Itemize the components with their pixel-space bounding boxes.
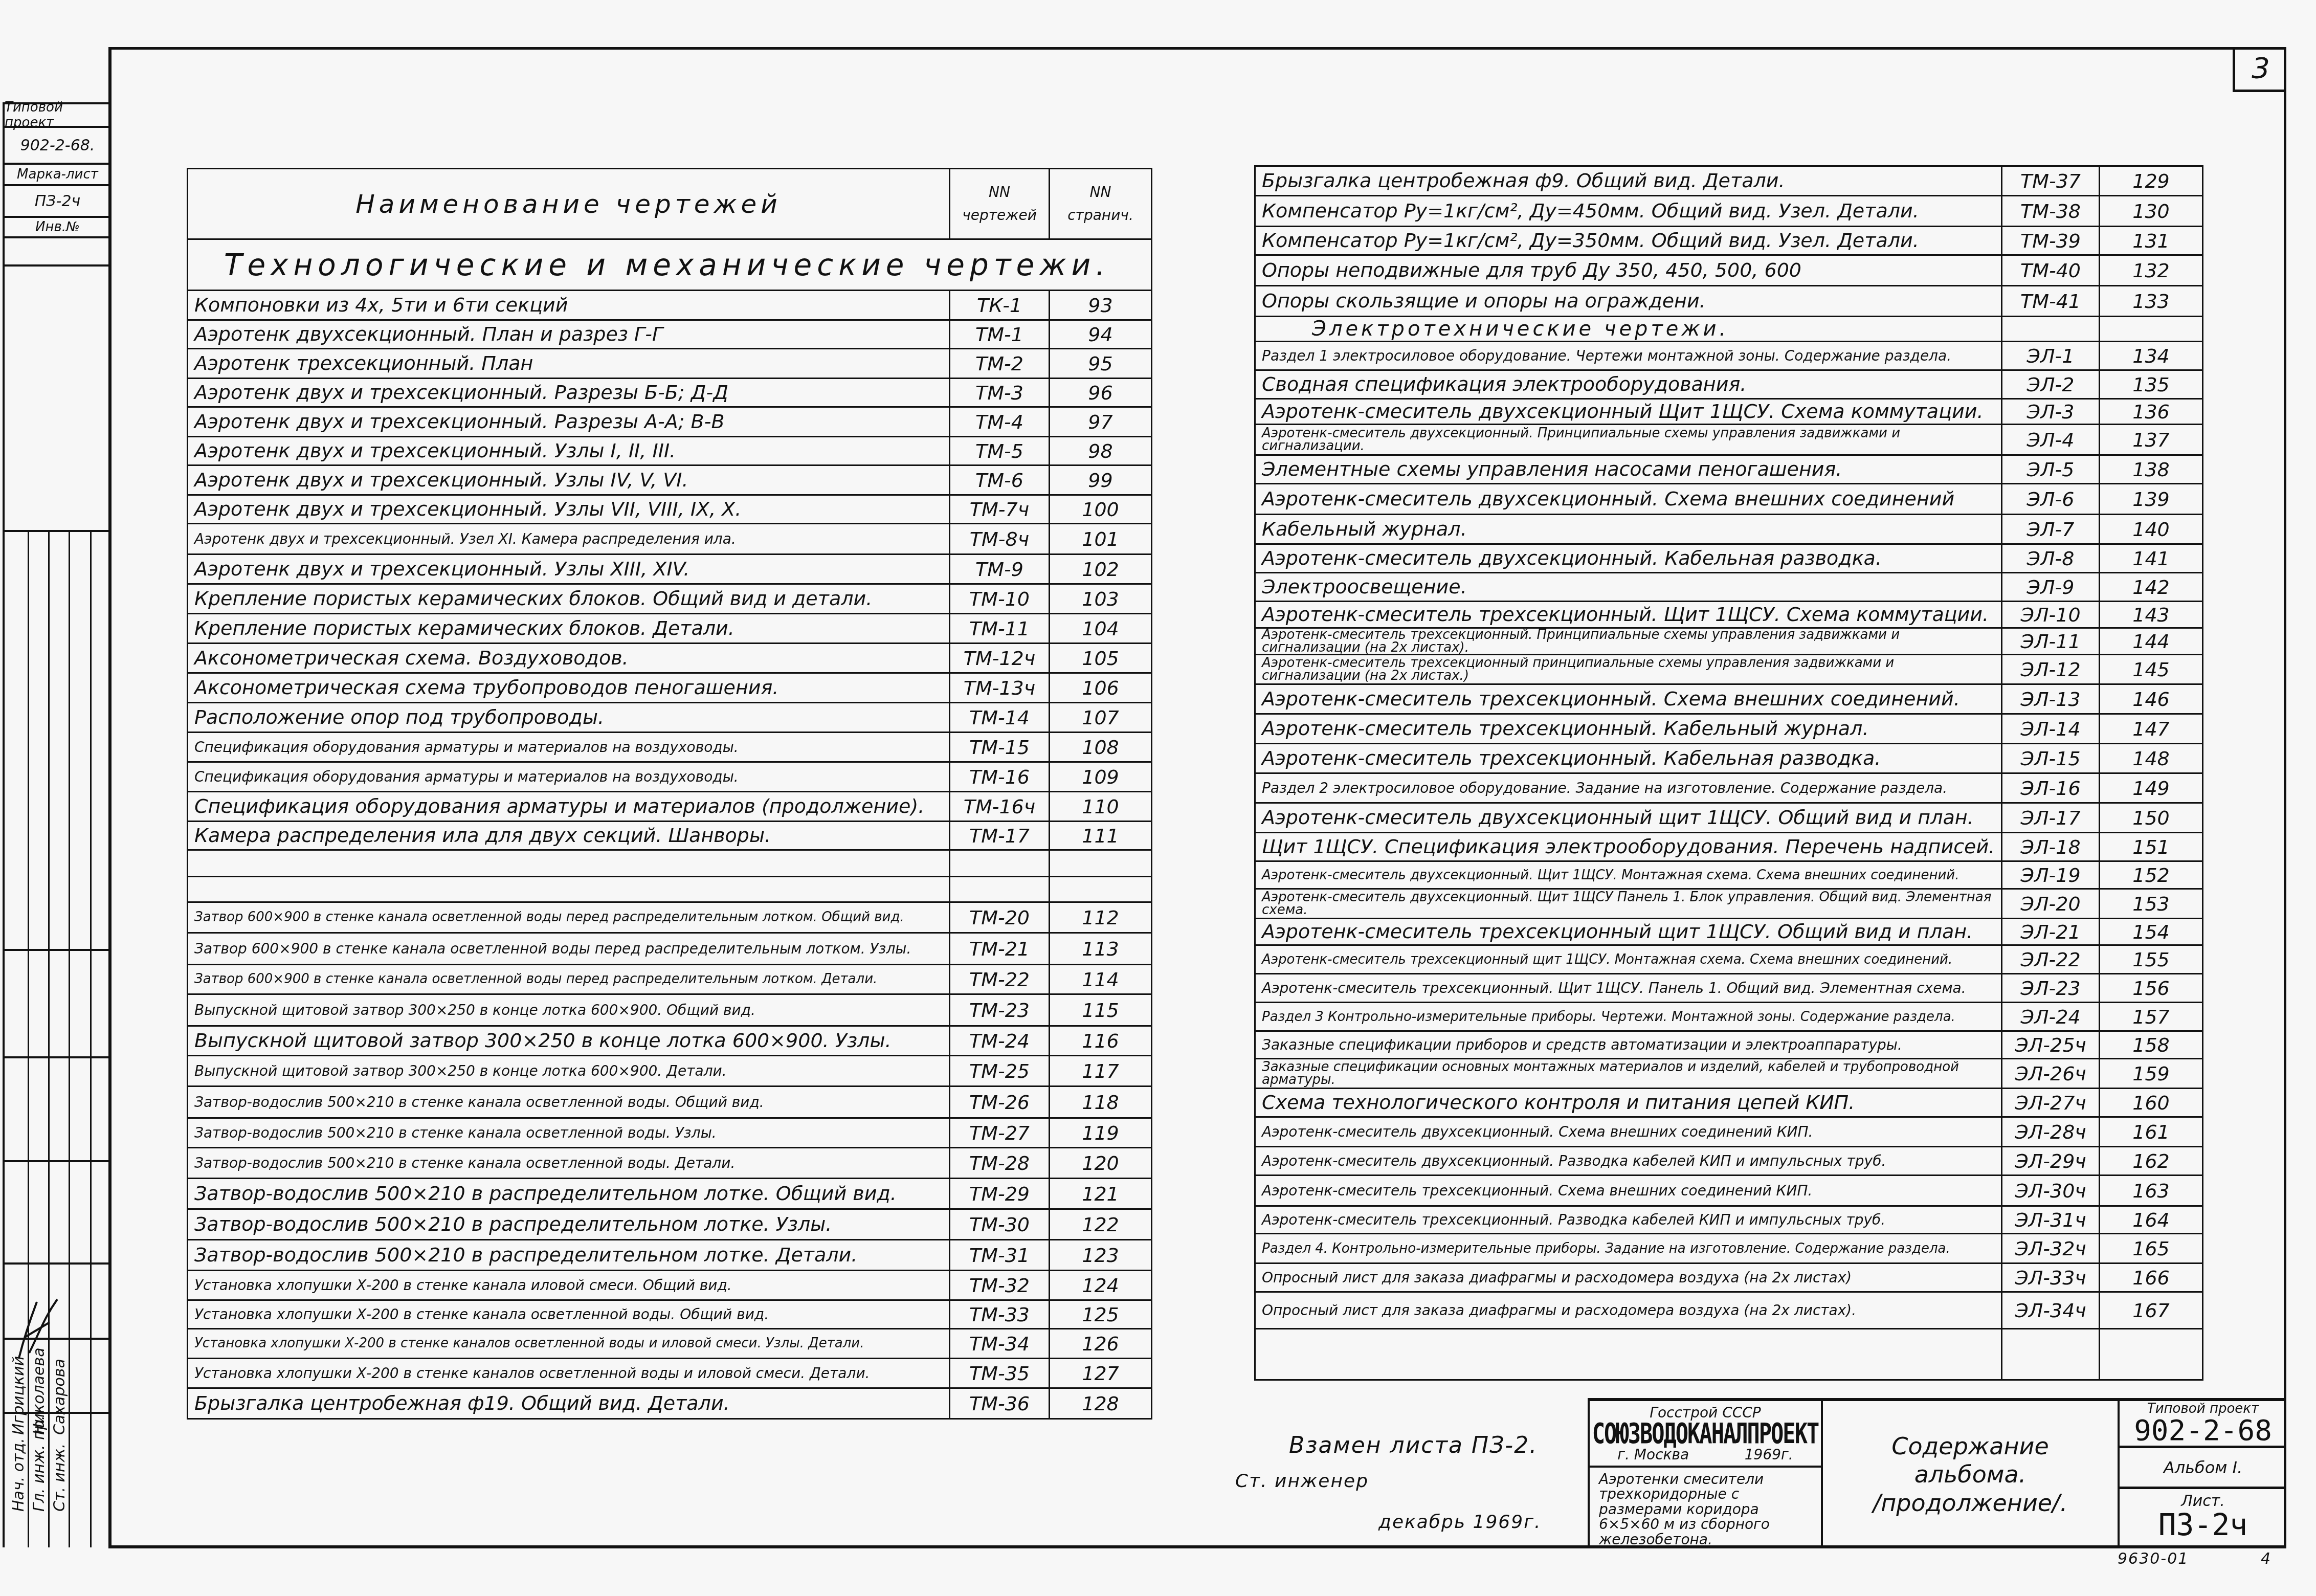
page-number: 155 <box>2100 945 2203 974</box>
drawing-name: Брызгалка центробежная ф19. Общий вид. Д… <box>188 1388 950 1419</box>
toc-table-right: Брызгалка центробежная ф9. Общий вид. Де… <box>1254 165 2203 1381</box>
drawing-code: ТМ-13ч <box>950 673 1050 703</box>
drawing-name: Заказные спецификации приборов и средств… <box>1255 1031 2002 1059</box>
drawing-code: ТМ-15 <box>950 733 1050 762</box>
table-row: Спецификация оборудования арматуры и мат… <box>188 792 1152 822</box>
table-row: Аэротенк двух и трехсекционный. Узлы XII… <box>188 555 1152 584</box>
drawing-code: ТМ-10 <box>950 584 1050 614</box>
drawing-name: Опоры скользящие и опоры на ограждени. <box>1255 286 2002 317</box>
drawing-name: Установка хлопушки Х-200 в стенке канала… <box>188 1300 950 1329</box>
table-row: Аэротенк-смеситель трехсекционный принци… <box>1255 655 2203 684</box>
right-table-body: Раздел 1 электросиловое оборудование. Че… <box>1255 342 2203 1380</box>
drawing-code: ЭЛ-13 <box>2002 684 2100 714</box>
drawing-code: ТМ-16 <box>950 762 1050 792</box>
drawing-name <box>188 877 950 902</box>
strip-line <box>5 949 110 951</box>
drawing-code: ЭЛ-31ч <box>2002 1206 2100 1234</box>
page-number: 121 <box>1050 1179 1152 1209</box>
strip-divider <box>90 532 92 1547</box>
name-senior-engineer: Сахарова <box>51 1359 69 1435</box>
table-row: Спецификация оборудования арматуры и мат… <box>188 733 1152 762</box>
drawing-code: ЭЛ-2 <box>2002 370 2100 399</box>
page-number: 117 <box>1050 1056 1152 1087</box>
drawing-code: ЭЛ-10 <box>2002 602 2100 628</box>
drawing-code: ТМ-34 <box>950 1329 1050 1359</box>
drawing-code: ЭЛ-29ч <box>2002 1147 2100 1176</box>
drawing-name: Аэротенк-смеситель трехсекционный. Щит 1… <box>1255 602 2002 628</box>
table-row: Раздел 1 электросиловое оборудование. Че… <box>1255 342 2203 370</box>
page-number: 102 <box>1050 555 1152 584</box>
page-number: 116 <box>1050 1026 1152 1056</box>
left-table-body: Компоновки из 4х, 5ти и 6ти секцийТК-193… <box>188 291 1152 1419</box>
drawing-name: Аэротенк-смеситель двухсекционный. Щит 1… <box>1255 889 2002 919</box>
table-row: Затвор-водослив 500×210 в распределитель… <box>188 1240 1152 1271</box>
strip-divider <box>28 532 29 1547</box>
page-number: 150 <box>2100 803 2203 833</box>
drawing-code: ЭЛ-4 <box>2002 425 2100 455</box>
drawing-name: Аэротенк двух и трехсекционный. Узлы VII… <box>188 495 950 524</box>
drawing-name: Спецификация оборудования арматуры и мат… <box>188 762 950 792</box>
drawing-code: ТК-1 <box>950 291 1050 320</box>
drawing-name: Аксонометрическая схема трубопроводов пе… <box>188 673 950 703</box>
drawing-name: Раздел 4. Контрольно-измерительные прибо… <box>1255 1234 2002 1263</box>
sheet-code: ПЗ-2ч <box>2120 1510 2286 1540</box>
table-row: Затвор-водослив 500×210 в стенке канала … <box>188 1118 1152 1148</box>
drawing-name: Затвор-водослив 500×210 в стенке канала … <box>188 1087 950 1118</box>
page-number: 134 <box>2100 342 2203 370</box>
drawing-code: ТМ-17 <box>950 822 1050 850</box>
page-number: 109 <box>1050 762 1152 792</box>
drawing-name: Затвор-водослив 500×210 в распределитель… <box>188 1179 950 1209</box>
empty-cell <box>2002 317 2100 342</box>
page-number: 96 <box>1050 379 1152 407</box>
page-number: 122 <box>1050 1209 1152 1240</box>
drawing-code: ТМ-35 <box>950 1359 1050 1388</box>
drawing-code: ТМ-22 <box>950 965 1050 994</box>
table-row: Аэротенк-смеситель трехсекционный щит 1Щ… <box>1255 919 2203 945</box>
drawing-code: ТМ-40 <box>2002 255 2100 286</box>
page-number: 148 <box>2100 744 2203 773</box>
header-code-line2: чертежей <box>950 204 1049 227</box>
drawing-code: ЭЛ-15 <box>2002 744 2100 773</box>
right-table-body-top: Брызгалка центробежная ф9. Общий вид. Де… <box>1255 166 2203 317</box>
drawing-name: Спецификация оборудования арматуры и мат… <box>188 792 950 822</box>
table-row: Аэротенк двух и трехсекционный. Узлы I, … <box>188 437 1152 465</box>
drawing-name: Компенсатор Ру=1кг/см², Ду=450мм. Общий … <box>1255 196 2002 227</box>
table-row: Опоры скользящие и опоры на ограждени.ТМ… <box>1255 286 2203 317</box>
drawing-code: ТМ-8ч <box>950 524 1050 555</box>
table-row: Затвор-водослив 500×210 в распределитель… <box>188 1179 1152 1209</box>
table-row: Аэротенк двух и трехсекционный. Разрезы … <box>188 379 1152 407</box>
drawing-code: ТМ-21 <box>950 933 1050 965</box>
title-block-org: Госстрой СССР СОЮЗВОДОКАНАЛПРОЕКТ г. Мос… <box>1588 1401 1823 1468</box>
table-row: Опросный лист для заказа диафрагмы и рас… <box>1255 1292 2203 1329</box>
drawing-name: Щит 1ЩСУ. Спецификация электрооборудован… <box>1255 833 2002 861</box>
strip-mark-sheet-value: ПЗ-2ч <box>5 186 110 218</box>
drawing-name: Аэротенк-смеситель трехсекционный. Схема… <box>1255 684 2002 714</box>
table-row: Аэротенк двухсекционный. План и разрез Г… <box>188 320 1152 349</box>
page-number: 120 <box>1050 1148 1152 1179</box>
drawing-code: ТМ-2 <box>950 349 1050 379</box>
table-row: Заказные спецификации приборов и средств… <box>1255 1031 2203 1059</box>
table-row: Затвор-водослив 500×210 в стенке канала … <box>188 1148 1152 1179</box>
drawing-code: ТМ-4 <box>950 407 1050 437</box>
drawing-code: ТМ-9 <box>950 555 1050 584</box>
drawing-name: Опросный лист для заказа диафрагмы и рас… <box>1255 1292 2002 1329</box>
drawing-code: ЭЛ-21 <box>2002 919 2100 945</box>
page-number: 135 <box>2100 370 2203 399</box>
page-number: 131 <box>2100 227 2203 255</box>
page-number: 98 <box>1050 437 1152 465</box>
table-row <box>1255 1329 2203 1380</box>
archive-page: 4 <box>2261 1550 2272 1568</box>
page-number: 125 <box>1050 1300 1152 1329</box>
object-description: Аэротенки смесители трехкоридорные с раз… <box>1588 1468 1823 1548</box>
page-number: 166 <box>2100 1263 2203 1292</box>
page-number: 163 <box>2100 1176 2203 1206</box>
archive-number: 9630-01 <box>2118 1550 2189 1568</box>
drawing-name: Затвор 600×900 в стенке канала осветленн… <box>188 902 950 933</box>
page-number: 151 <box>2100 833 2203 861</box>
drawing-name: Аэротенк-смеситель двухсекционный. Принц… <box>1255 425 2002 455</box>
drawing-code: ТМ-28 <box>950 1148 1050 1179</box>
drawing-name: Аэротенк-смеситель трехсекционный. Кабел… <box>1255 744 2002 773</box>
page-number: 152 <box>2100 861 2203 889</box>
drawing-code: ТМ-7ч <box>950 495 1050 524</box>
table-row: Аэротенк двух и трехсекционный. Узел XI.… <box>188 524 1152 555</box>
page-number: 159 <box>2100 1059 2203 1089</box>
drawing-name: Опоры неподвижные для труб Ду 350, 450, … <box>1255 255 2002 286</box>
page-number: 144 <box>2100 628 2203 655</box>
sheet-title-line3: /продолжение/. <box>1823 1489 2118 1517</box>
drawing-name: Выпускной щитовой затвор 300×250 в конце… <box>188 1056 950 1087</box>
drawing-code: ЭЛ-33ч <box>2002 1263 2100 1292</box>
replaces-note: Взамен листа ПЗ-2. <box>1289 1432 1538 1458</box>
strip-mark-sheet-label: Марка-лист <box>5 165 110 186</box>
drawing-name: Кабельный журнал. <box>1255 515 2002 544</box>
drawing-name: Аэротенк-смеситель двухсекционный. Схема… <box>1255 484 2002 515</box>
engineer-note: Ст. инженер <box>1235 1471 1369 1492</box>
strip-divider <box>48 532 50 1547</box>
page-number: 123 <box>1050 1240 1152 1271</box>
strip-typical-project-value: 902-2-68. <box>5 128 110 165</box>
drawing-code: ТМ-36 <box>950 1388 1050 1419</box>
drawing-name: Аэротенк двух и трехсекционный. Узел XI.… <box>188 524 950 555</box>
table-row: Аэротенк-смеситель двухсекционный Щит 1Щ… <box>1255 399 2203 425</box>
page-number: 114 <box>1050 965 1152 994</box>
drawing-name: Элементные схемы управления насосами пен… <box>1255 455 2002 484</box>
table-row: Элементные схемы управления насосами пен… <box>1255 455 2203 484</box>
table-row: Аэротенк-смеситель трехсекционный. Кабел… <box>1255 744 2203 773</box>
drawing-code: ЭЛ-5 <box>2002 455 2100 484</box>
page-number: 115 <box>1050 994 1152 1026</box>
signature-icon <box>9 1292 65 1363</box>
drawing-name: Аэротенк трехсекционный. План <box>188 349 950 379</box>
drawing-name: Брызгалка центробежная ф9. Общий вид. Де… <box>1255 166 2002 196</box>
header-name: Наименование чертежей <box>188 169 950 239</box>
drawing-code: ТМ-27 <box>950 1118 1050 1148</box>
table-row: Аэротенк-смеситель трехсекционный. Кабел… <box>1255 714 2203 744</box>
drawing-name: Заказные спецификации основных монтажных… <box>1255 1059 2002 1089</box>
drawing-name: Аэротенк-смеситель двухсекционный. Схема… <box>1255 1117 2002 1147</box>
section-row: Электротехнические чертежи. <box>1255 317 2203 342</box>
table-row: Сводная спецификация электрооборудования… <box>1255 370 2203 399</box>
drawing-name: Сводная спецификация электрооборудования… <box>1255 370 2002 399</box>
drawing-code: ЭЛ-25ч <box>2002 1031 2100 1059</box>
page-number: 97 <box>1050 407 1152 437</box>
drawing-code: ТМ-32 <box>950 1271 1050 1300</box>
drawing-name <box>1255 1329 2002 1380</box>
page-number: 164 <box>2100 1206 2203 1234</box>
page-number: 106 <box>1050 673 1152 703</box>
page-number: 149 <box>2100 773 2203 803</box>
title-block: Госстрой СССР СОЮЗВОДОКАНАЛПРОЕКТ г. Мос… <box>1588 1398 2286 1548</box>
organization: СОЮЗВОДОКАНАЛПРОЕКТ <box>1590 1417 1821 1450</box>
table-row: Установка хлопушки Х-200 в стенке канала… <box>188 1271 1152 1300</box>
drawing-name: Электроосвещение. <box>1255 573 2002 602</box>
page-number: 130 <box>2100 196 2203 227</box>
drawing-code: ТМ-16ч <box>950 792 1050 822</box>
drawing-name: Затвор 600×900 в стенке канала осветленн… <box>188 933 950 965</box>
table-row: Аэротенк-смеситель трехсекционный. Щит 1… <box>1255 974 2203 1003</box>
role-head-dept: Нач. отд. <box>10 1438 28 1512</box>
table-row: Затвор 600×900 в стенке канала осветленн… <box>188 933 1152 965</box>
drawing-code <box>2002 1329 2100 1380</box>
drawing-name: Аэротенк-смеситель двухсекционный. Кабел… <box>1255 544 2002 573</box>
table-row: Компенсатор Ру=1кг/см², Ду=450мм. Общий … <box>1255 196 2203 227</box>
drawing-code: ЭЛ-24 <box>2002 1003 2100 1031</box>
strip-typical-project-label: Типовой проект <box>5 102 110 128</box>
drawing-code: ТМ-39 <box>2002 227 2100 255</box>
table-row: Компенсатор Ру=1кг/см², Ду=350мм. Общий … <box>1255 227 2203 255</box>
drawing-name: Расположение опор под трубопроводы. <box>188 703 950 733</box>
typical-project-cell: Типовой проект 902-2-68 <box>2120 1401 2286 1448</box>
table-row: Аэротенк-смеситель двухсекционный. Принц… <box>1255 425 2203 455</box>
drawing-name: Установка хлопушки Х-200 в стенке канало… <box>188 1329 950 1359</box>
drawing-name: Аэротенк-смеситель трехсекционный. Принц… <box>1255 628 2002 655</box>
page-number: 167 <box>2100 1292 2203 1329</box>
drawing-code: ТМ-6 <box>950 465 1050 495</box>
drawing-code: ТМ-12ч <box>950 644 1050 673</box>
table-header-row: Наименование чертежей NN чертежей NN стр… <box>188 169 1152 239</box>
drawing-name: Аэротенк-смеситель двухсекционный Щит 1Щ… <box>1255 399 2002 425</box>
drawing-code: ТМ-25 <box>950 1056 1050 1087</box>
strip-line <box>5 1262 110 1265</box>
page-number: 137 <box>2100 425 2203 455</box>
page-number: 156 <box>2100 974 2203 1003</box>
page-number: 143 <box>2100 602 2203 628</box>
strip-divider <box>69 532 70 1547</box>
date-note: декабрь 1969г. <box>1378 1512 1542 1533</box>
page-number: 110 <box>1050 792 1152 822</box>
drawing-code: ЭЛ-23 <box>2002 974 2100 1003</box>
header-code-line1: NN <box>950 181 1049 204</box>
drawing-name: Затвор-водослив 500×210 в стенке канала … <box>188 1118 950 1148</box>
drawing-code: ЭЛ-19 <box>2002 861 2100 889</box>
drawing-code: ТМ-29 <box>950 1179 1050 1209</box>
drawing-name: Аэротенк-смеситель трехсекционный. Кабел… <box>1255 714 2002 744</box>
table-row: Аксонометрическая схема трубопроводов пе… <box>188 673 1152 703</box>
drawing-name: Выпускной щитовой затвор 300×250 в конце… <box>188 994 950 1026</box>
drawing-name: Раздел 2 электросиловое оборудование. За… <box>1255 773 2002 803</box>
empty-cell <box>2100 317 2203 342</box>
binding-strip: Типовой проект 902-2-68. Марка-лист ПЗ-2… <box>3 102 108 1547</box>
drawing-name: Компенсатор Ру=1кг/см², Ду=350мм. Общий … <box>1255 227 2002 255</box>
drawing-code: ТМ-3 <box>950 379 1050 407</box>
table-row: Щит 1ЩСУ. Спецификация электрооборудован… <box>1255 833 2203 861</box>
table-row: Расположение опор под трубопроводы.ТМ-14… <box>188 703 1152 733</box>
drawing-name: Установка хлопушки Х-200 в стенке канала… <box>188 1271 950 1300</box>
table-row: Аэротенк трехсекционный. ПланТМ-295 <box>188 349 1152 379</box>
drawing-code: ЭЛ-7 <box>2002 515 2100 544</box>
table-row: Аэротенк-смеситель двухсекционный. Схема… <box>1255 484 2203 515</box>
table-row: Аэротенк двух и трехсекционный. Узлы VII… <box>188 495 1152 524</box>
drawing-name: Раздел 3 Контрольно-измерительные прибор… <box>1255 1003 2002 1031</box>
drawing-name: Аэротенк двух и трехсекционный. Разрезы … <box>188 407 950 437</box>
table-row: Камера распределения ила для двух секций… <box>188 822 1152 850</box>
strip-inv-label: Инв.№ <box>5 218 110 238</box>
sheet-cell: Лист. ПЗ-2ч <box>2120 1489 2286 1548</box>
table-row: Раздел 4. Контрольно-измерительные прибо… <box>1255 1234 2203 1263</box>
drawing-name: Крепление пористых керамических блоков. … <box>188 584 950 614</box>
page-number: 145 <box>2100 655 2203 684</box>
drawing-code: ЭЛ-14 <box>2002 714 2100 744</box>
table-row: Выпускной щитовой затвор 300×250 в конце… <box>188 1056 1152 1087</box>
page-number: 165 <box>2100 1234 2203 1263</box>
page-number: 132 <box>2100 255 2203 286</box>
page-number: 127 <box>1050 1359 1152 1388</box>
drawing-name: Аэротенк-смеситель двухсекционный. Разво… <box>1255 1147 2002 1176</box>
page-number: 136 <box>2100 399 2203 425</box>
drawing-name: Компоновки из 4х, 5ти и 6ти секций <box>188 291 950 320</box>
table-row: Спецификация оборудования арматуры и мат… <box>188 762 1152 792</box>
table-row: Опросный лист для заказа диафрагмы и рас… <box>1255 1263 2203 1292</box>
page-number: 100 <box>1050 495 1152 524</box>
page-number <box>1050 850 1152 877</box>
drawing-name: Выпускной щитовой затвор 300×250 в конце… <box>188 1026 950 1056</box>
page-number: 133 <box>2100 286 2203 317</box>
table-row: Затвор-водослив 500×210 в распределитель… <box>188 1209 1152 1240</box>
table-row: Аэротенк двух и трехсекционный. Разрезы … <box>188 407 1152 437</box>
sheet-title-line2: альбома. <box>1823 1460 2118 1489</box>
header-page-line2: странич. <box>1050 204 1151 227</box>
drawing-code: ЭЛ-30ч <box>2002 1176 2100 1206</box>
page-number: 160 <box>2100 1089 2203 1117</box>
drawing-code: ЭЛ-1 <box>2002 342 2100 370</box>
drawing-code: ТМ-38 <box>2002 196 2100 227</box>
page-number: 141 <box>2100 544 2203 573</box>
page-number: 103 <box>1050 584 1152 614</box>
page-number <box>1050 877 1152 902</box>
strip-line <box>5 1056 110 1058</box>
album: Альбом I. <box>2120 1448 2286 1489</box>
page-number: 158 <box>2100 1031 2203 1059</box>
page-number: 126 <box>1050 1329 1152 1359</box>
drawing-code <box>950 850 1050 877</box>
drawing-code: ТМ-37 <box>2002 166 2100 196</box>
table-row: Электроосвещение.ЭЛ-9142 <box>1255 573 2203 602</box>
drawing-code: ЭЛ-32ч <box>2002 1234 2100 1263</box>
drawing-name: Установка хлопушки Х-200 в стенке канало… <box>188 1359 950 1388</box>
drawing-code: ТМ-41 <box>2002 286 2100 317</box>
page-number: 147 <box>2100 714 2203 744</box>
page-number: 142 <box>2100 573 2203 602</box>
drawing-name: Аэротенк двух и трехсекционный. Узлы IV,… <box>188 465 950 495</box>
section-title-electrical: Электротехнические чертежи. <box>1255 317 2002 342</box>
drawing-name: Аэротенк-смеситель трехсекционный щит 1Щ… <box>1255 919 2002 945</box>
table-row: Брызгалка центробежная ф19. Общий вид. Д… <box>188 1388 1152 1419</box>
drawing-name: Аэротенк-смеситель трехсекционный щит 1Щ… <box>1255 945 2002 974</box>
drawing-name: Аэротенк двухсекционный. План и разрез Г… <box>188 320 950 349</box>
drawing-code: ТМ-31 <box>950 1240 1050 1271</box>
table-row: Установка хлопушки Х-200 в стенке канало… <box>188 1329 1152 1359</box>
drawing-code: ЭЛ-9 <box>2002 573 2100 602</box>
page-number: 113 <box>1050 933 1152 965</box>
table-row: Аэротенк-смеситель трехсекционный. Принц… <box>1255 628 2203 655</box>
role-senior-engineer: Ст. инж. <box>51 1444 69 1512</box>
table-row: Аэротенк двух и трехсекционный. Узлы IV,… <box>188 465 1152 495</box>
drawing-code: ТМ-20 <box>950 902 1050 933</box>
table-row: Аэротенк-смеситель трехсекционный. Схема… <box>1255 1176 2203 1206</box>
table-row: Выпускной щитовой затвор 300×250 в конце… <box>188 994 1152 1026</box>
drawing-name: Аэротенк-смеситель двухсекционный. Щит 1… <box>1255 861 2002 889</box>
drawing-code: ЭЛ-28ч <box>2002 1117 2100 1147</box>
drawing-name: Аэротенк-смеситель трехсекционный принци… <box>1255 655 2002 684</box>
table-row: Аэротенк-смеситель двухсекционный. Схема… <box>1255 1117 2203 1147</box>
page-number: 128 <box>1050 1388 1152 1419</box>
drawing-name: Аэротенк двух и трехсекционный. Узлы I, … <box>188 437 950 465</box>
drawing-code: ЭЛ-17 <box>2002 803 2100 833</box>
table-row: Раздел 3 Контрольно-измерительные прибор… <box>1255 1003 2203 1031</box>
page-number: 162 <box>2100 1147 2203 1176</box>
table-row: Аэротенк-смеситель трехсекционный. Щит 1… <box>1255 602 2203 628</box>
drawing-code: ТМ-23 <box>950 994 1050 1026</box>
page-number: 112 <box>1050 902 1152 933</box>
drawing-code: ТМ-5 <box>950 437 1050 465</box>
table-row: Раздел 2 электросиловое оборудование. За… <box>1255 773 2203 803</box>
header-page: NN странич. <box>1050 169 1152 239</box>
page-number: 140 <box>2100 515 2203 544</box>
drawing-code: ЭЛ-20 <box>2002 889 2100 919</box>
typical-project-number: 902-2-68 <box>2120 1416 2286 1445</box>
drawing-name: Аэротенк-смеситель двухсекционный щит 1Щ… <box>1255 803 2002 833</box>
strip-line <box>5 1160 110 1162</box>
page-number: 105 <box>1050 644 1152 673</box>
drawing-code: ТМ-14 <box>950 703 1050 733</box>
page-number: 101 <box>1050 524 1152 555</box>
page-number: 153 <box>2100 889 2203 919</box>
page-number: 139 <box>2100 484 2203 515</box>
page-number: 108 <box>1050 733 1152 762</box>
table-row: Затвор-водослив 500×210 в стенке канала … <box>188 1087 1152 1118</box>
page-number <box>2100 1329 2203 1380</box>
page-number: 94 <box>1050 320 1152 349</box>
table-row: Затвор 600×900 в стенке канала осветленн… <box>188 902 1152 933</box>
table-row: Аэротенк-смеситель двухсекционный. Кабел… <box>1255 544 2203 573</box>
strip-blank <box>5 238 110 267</box>
drawing-code: ЭЛ-22 <box>2002 945 2100 974</box>
drawing-name: Аэротенк-смеситель трехсекционный. Разво… <box>1255 1206 2002 1234</box>
table-row: Кабельный журнал.ЭЛ-7140 <box>1255 515 2203 544</box>
drawing-code: ЭЛ-16 <box>2002 773 2100 803</box>
page-number: 119 <box>1050 1118 1152 1148</box>
drawing-name <box>188 850 950 877</box>
sheet-title-line1: Содержание <box>1823 1432 2118 1460</box>
page-number: 99 <box>1050 465 1152 495</box>
page-number: 107 <box>1050 703 1152 733</box>
table-row <box>188 877 1152 902</box>
drawing-name: Аксонометрическая схема. Воздуховодов. <box>188 644 950 673</box>
